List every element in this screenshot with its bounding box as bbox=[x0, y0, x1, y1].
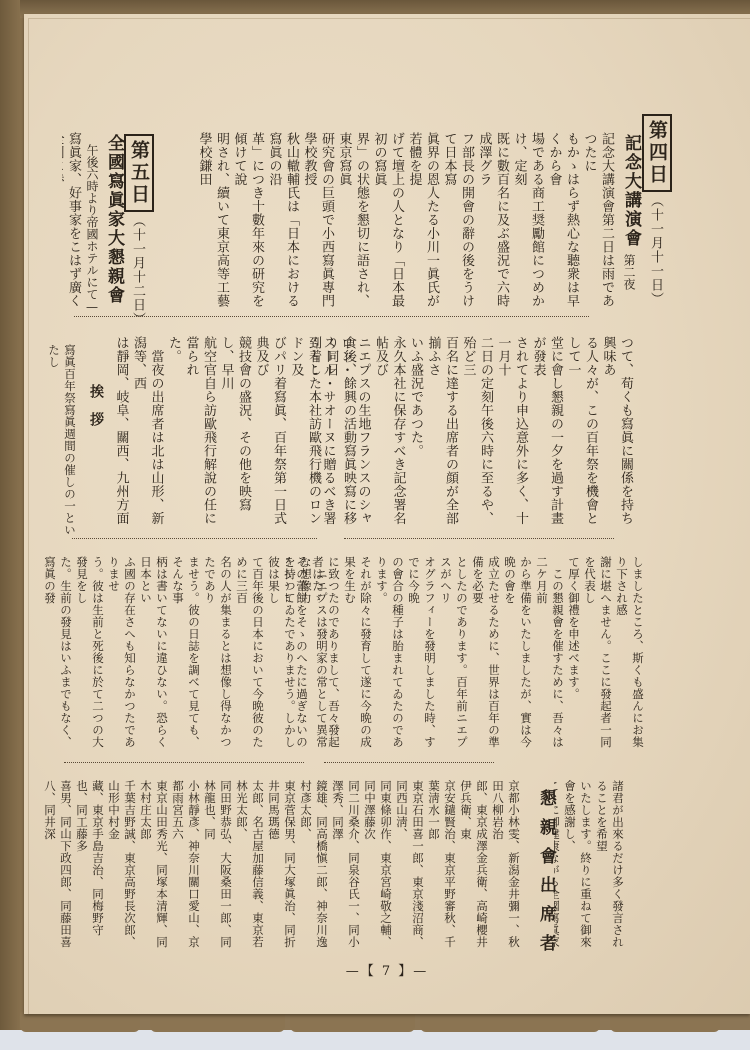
day5-date: （十一月十二日） bbox=[128, 214, 147, 326]
day5-body-start: 寫眞家、好事家をこはず廣く全國に渉 bbox=[62, 132, 82, 312]
day5-title: 全國寫眞家大懇親會 bbox=[102, 134, 127, 305]
dotted-divider bbox=[344, 538, 614, 539]
attendees-list: 京都小林雯、新潟金井彌一、秋田八柳岩治 郎、東京成澤金兵衛、高崎櫻井伊兵衛、東 … bbox=[44, 780, 522, 950]
dotted-divider bbox=[72, 538, 317, 539]
day4-subtitle: 第二夜 bbox=[621, 254, 638, 290]
binding-tatter bbox=[420, 1012, 600, 1032]
day4-title: 記念大講演會 bbox=[619, 134, 644, 248]
dotted-divider bbox=[64, 762, 304, 763]
magazine-page: 第四日 （十一月十一日） 記念大講演會 第二夜 記念大講演會第二日は雨であつたに… bbox=[24, 14, 750, 1014]
binding-tatter bbox=[290, 1012, 415, 1032]
day5-heading-box: 第五日 bbox=[124, 134, 154, 212]
dotted-divider bbox=[324, 762, 494, 763]
day4-date: （十一月十一日） bbox=[646, 194, 665, 306]
day5-body-right: つて、荀くも寫眞に關係を持ち興味あ る人々が、この百年祭を機會として一 堂に會し… bbox=[314, 336, 634, 536]
dotted-divider bbox=[74, 316, 589, 317]
day4-body-text: 記念大講演會第二日は雨であつたに もかゝはらず熱心な聽衆は早くから會 場である商… bbox=[200, 132, 615, 312]
binding-tatter bbox=[150, 1012, 285, 1032]
speech-text-left: ニエプスは發明家の常として異常な想像力 を持つてゐたでありませう。しかし彼は果し… bbox=[40, 556, 330, 756]
day5-body-left: 食後、餘興の活動寫眞映寫に移り同日 到着した本社訪歐飛行機のロンドン及 びパリ着… bbox=[112, 336, 357, 536]
greeting-intro: 寫眞百年祭寫眞週間の催しの一といたし まして、今晩ここに全國寫眞家大懇親會を催 bbox=[44, 344, 78, 544]
page-number: —【 7 】— bbox=[24, 960, 750, 979]
attendees-title: 懇親會出席者 bbox=[534, 789, 559, 963]
binding-tatter bbox=[610, 1012, 720, 1032]
day5-subtitle: 午後六時より帝國ホテルにて— bbox=[84, 144, 101, 314]
day4-heading-box: 第四日 bbox=[642, 114, 672, 192]
speech-text-right: しましたところ、斯くも盛んにお集り下され感 謝に堪へません。ここに發起者一同を代… bbox=[286, 556, 646, 756]
greeting-title: 挨拶 bbox=[86, 384, 106, 440]
speech-closing: 諸君が出來るだけ多く發言されることを希望 いたします。終りに重ねて御來會を感謝し… bbox=[554, 780, 626, 950]
binding-tatter bbox=[20, 1012, 140, 1032]
